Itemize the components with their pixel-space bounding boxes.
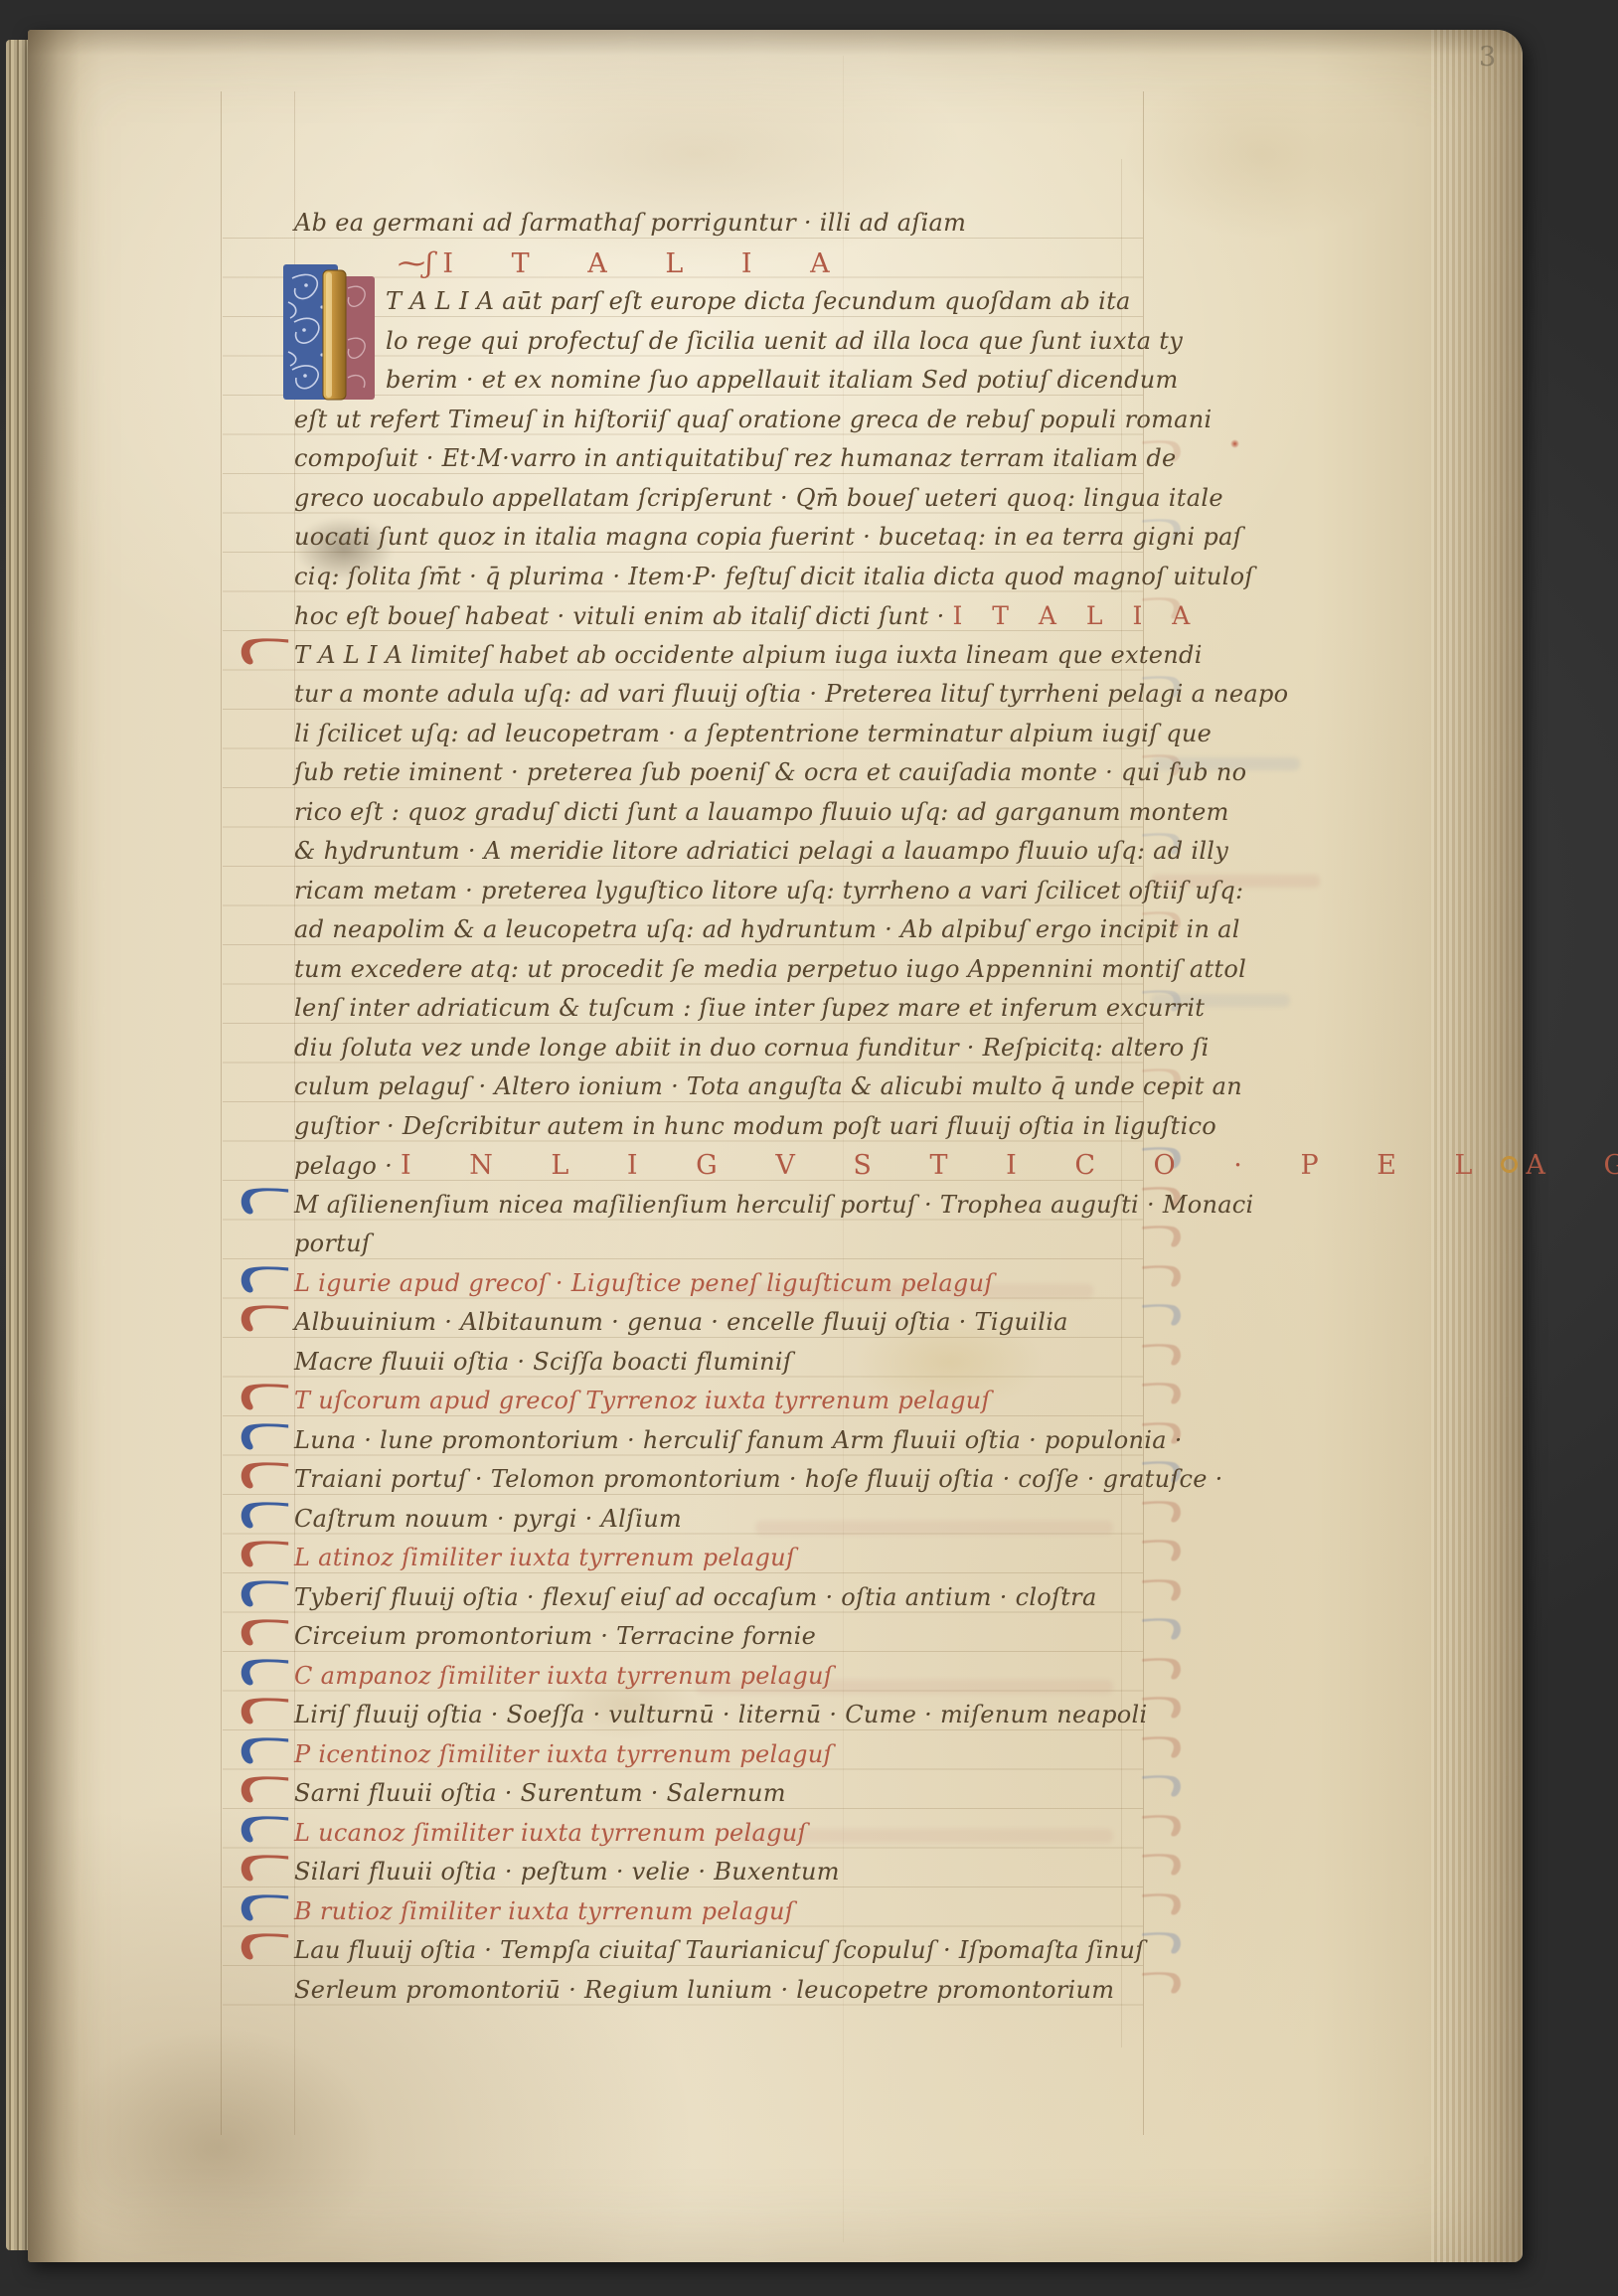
manuscript-text: li ſcilicet uſq: ad leucopetram · a ſept… bbox=[294, 720, 1212, 747]
manuscript-text: Luna · lune promontorium · herculiſ fanu… bbox=[294, 1426, 1183, 1454]
text-line: culum pelaguſ · Altero ionium · Tota ang… bbox=[294, 1068, 1149, 1108]
rubric-text: P icentinoz ſimiliter iuxta tyrrenum pel… bbox=[294, 1740, 833, 1768]
manuscript-text: tum excedere atq: ut procedit ſe media p… bbox=[294, 955, 1246, 983]
rubric-text: L atinoz ſimiliter iuxta tyrrenum pelagu… bbox=[294, 1544, 795, 1571]
text-line: compoſuit · Et·M·varro in antiquitatibuſ… bbox=[294, 440, 1149, 480]
manuscript-text: berim · et ex nomine ſuo appellauit ital… bbox=[386, 366, 1179, 394]
text-line: P icentinoz ſimiliter iuxta tyrrenum pel… bbox=[294, 1736, 1149, 1776]
paragraph-mark-red bbox=[239, 1618, 290, 1647]
manuscript-text: Albuuinium · Albitaunum · genua · encell… bbox=[294, 1308, 1068, 1336]
text-line: lo rege qui profectuſ de ſicilia uenit a… bbox=[294, 323, 1149, 363]
manuscript-text: ciq: ſolita ſm̄t · q̄ plurima · Item·P· … bbox=[294, 563, 1254, 590]
manuscript-text: Circeium promontorium · Terracine fornie bbox=[294, 1622, 816, 1650]
text-line: eſt ut refert Timeuſ in hiſtoriiſ quaſ o… bbox=[294, 402, 1149, 441]
manuscript-text: Liriſ fluuij oſtia · Soeſſa · vulturnū ·… bbox=[294, 1701, 1147, 1728]
manuscript-text: hoc eſt boueſ habeat · vituli enim ab it… bbox=[294, 602, 952, 630]
paragraph-mark-blue bbox=[239, 1658, 290, 1687]
manuscript-text: Silari fluuii oſtia · peſtum · velie · B… bbox=[294, 1858, 840, 1886]
paragraph-mark-red bbox=[239, 637, 290, 666]
paragraph-mark-red bbox=[239, 1854, 290, 1883]
rubric-text: I T A L I A bbox=[952, 601, 1201, 630]
paragraph-mark-blue bbox=[239, 1815, 290, 1844]
manuscript-text: ſub retie iminent · preterea ſub poeniſ … bbox=[294, 758, 1246, 786]
manuscript-text: portuſ bbox=[294, 1230, 371, 1257]
rubric-text: I T A L I A bbox=[442, 248, 854, 279]
text-line: hoc eſt boueſ habeat · vituli enim ab it… bbox=[294, 597, 1149, 637]
paragraph-mark-red bbox=[239, 1697, 290, 1725]
text-block: Ab ea germani ad ſarmathaſ porriguntur ·… bbox=[294, 205, 1149, 2011]
text-line: Macre fluuii oſtia · Sciſſa boacti flumi… bbox=[294, 1344, 1149, 1384]
manuscript-photo: 3 Ab ea germani ad ſarmathaſ porriguntur… bbox=[0, 0, 1618, 2296]
text-line: L ucanoz ſimiliter iuxta tyrrenum pelagu… bbox=[294, 1815, 1149, 1855]
text-line: C ampanoz ſimiliter iuxta tyrrenum pelag… bbox=[294, 1658, 1149, 1698]
manuscript-text: pelago · bbox=[294, 1152, 401, 1180]
text-line: diu ſoluta vez unde longe abiit in duo c… bbox=[294, 1030, 1149, 1069]
manuscript-text: Ab ea germani ad ſarmathaſ porriguntur ·… bbox=[294, 209, 966, 237]
text-line: lenſ inter adriaticum & tuſcum : ſiue in… bbox=[294, 990, 1149, 1030]
text-line: berim · et ex nomine ſuo appellauit ital… bbox=[294, 362, 1149, 402]
text-line: guſtior · Deſcribitur autem in hunc modu… bbox=[294, 1108, 1149, 1148]
manuscript-text: Caſtrum nouum · pyrgi · Alſium bbox=[294, 1505, 682, 1533]
paragraph-mark-blue bbox=[239, 1579, 290, 1608]
manuscript-text: lo rege qui profectuſ de ſicilia uenit a… bbox=[386, 327, 1183, 355]
rubric-text: L igurie apud grecoſ · Liguſtice peneſ l… bbox=[294, 1269, 994, 1297]
text-line: Albuuinium · Albitaunum · genua · encell… bbox=[294, 1304, 1149, 1344]
text-line: ad neapolim & a leucopetra uſq: ad hydru… bbox=[294, 911, 1149, 951]
text-line: Liriſ fluuij oſtia · Soeſſa · vulturnū ·… bbox=[294, 1697, 1149, 1736]
text-line: tur a monte adula uſq: ad vari fluuij oſ… bbox=[294, 676, 1149, 716]
rubric-text: I N L I G V S T I C O · P E L bbox=[401, 1150, 1497, 1181]
manuscript-text: lenſ inter adriaticum & tuſcum : ſiue in… bbox=[294, 994, 1205, 1022]
text-line: T uſcorum apud grecoſ Tyrrenoz iuxta tyr… bbox=[294, 1383, 1149, 1422]
folio-number: 3 bbox=[1479, 42, 1496, 73]
text-line: T A L I A limiteſ habet ab occidente alp… bbox=[294, 637, 1149, 677]
text-line: T A L I A aūt parſ eſt europe dicta ſecu… bbox=[294, 283, 1149, 323]
manuscript-text: rico eſt : quoz graduſ dicti ſunt a laua… bbox=[294, 798, 1229, 826]
manuscript-text: Traiani portuſ · Telomon promontorium · … bbox=[294, 1465, 1223, 1493]
paragraph-mark-blue bbox=[239, 1422, 290, 1451]
text-line: B rutioz ſimiliter iuxta tyrrenum pelagu… bbox=[294, 1893, 1149, 1933]
text-line: ſub retie iminent · preterea ſub poeniſ … bbox=[294, 754, 1149, 794]
paragraph-mark-red bbox=[239, 1304, 290, 1333]
paragraph-mark-red bbox=[239, 1540, 290, 1568]
paragraph-mark-blue bbox=[239, 1501, 290, 1530]
binding-gutter-shadow bbox=[28, 30, 80, 2262]
stacked-page-edges-right bbox=[1431, 30, 1523, 2262]
text-line: li ſcilicet uſq: ad leucopetram · a ſept… bbox=[294, 716, 1149, 755]
text-line: rico eſt : quoz graduſ dicti ſunt a laua… bbox=[294, 794, 1149, 834]
text-line: uocati ſunt quoz in italia magna copia f… bbox=[294, 519, 1149, 559]
manuscript-text: compoſuit · Et·M·varro in antiquitatibuſ… bbox=[294, 444, 1177, 472]
text-line: ⁓ʃ I T A L I A bbox=[294, 245, 1149, 284]
text-line: & hydruntum · A meridie litore adriatici… bbox=[294, 833, 1149, 873]
text-line: greco uocabulo appellatam ſcripſerunt · … bbox=[294, 480, 1149, 520]
rubric-text: A G O bbox=[1526, 1150, 1618, 1181]
paragraph-mark-red bbox=[239, 1461, 290, 1490]
text-line: tum excedere atq: ut procedit ſe media p… bbox=[294, 951, 1149, 991]
manuscript-text: greco uocabulo appellatam ſcripſerunt · … bbox=[294, 484, 1223, 512]
text-line: portuſ bbox=[294, 1226, 1149, 1265]
text-line: L igurie apud grecoſ · Liguſtice peneſ l… bbox=[294, 1265, 1149, 1305]
manuscript-text: T A L I A limiteſ habet ab occidente alp… bbox=[294, 641, 1203, 669]
paragraph-mark-blue bbox=[239, 1187, 290, 1216]
text-line: Tyberiſ fluuij oſtia · flexuſ eiuſ ad oc… bbox=[294, 1579, 1149, 1619]
manuscript-text: Sarni fluuii oſtia · Surentum · Salernum bbox=[294, 1779, 786, 1807]
text-line: Circeium promontorium · Terracine fornie bbox=[294, 1618, 1149, 1658]
manuscript-text: guſtior · Deſcribitur autem in hunc modu… bbox=[294, 1112, 1216, 1140]
paragraph-mark-blue bbox=[239, 1736, 290, 1765]
rubric-text: C ampanoz ſimiliter iuxta tyrrenum pelag… bbox=[294, 1662, 833, 1690]
paragraph-mark-red bbox=[239, 1775, 290, 1804]
text-line: Luna · lune promontorium · herculiſ fanu… bbox=[294, 1422, 1149, 1462]
text-line: Ab ea germani ad ſarmathaſ porriguntur ·… bbox=[294, 205, 1149, 245]
manuscript-text: diu ſoluta vez unde longe abiit in duo c… bbox=[294, 1034, 1210, 1062]
margin-rule-left-outer bbox=[221, 91, 222, 2135]
manuscript-text: eſt ut refert Timeuſ in hiſtoriiſ quaſ o… bbox=[294, 406, 1213, 433]
text-line: L atinoz ſimiliter iuxta tyrrenum pelagu… bbox=[294, 1540, 1149, 1579]
manuscript-text: & hydruntum · A meridie litore adriatici… bbox=[294, 837, 1228, 865]
paragraph-mark-blue bbox=[239, 1265, 290, 1294]
manuscript-text: culum pelaguſ · Altero ionium · Tota ang… bbox=[294, 1072, 1242, 1100]
text-line: Silari fluuii oſtia · peſtum · velie · B… bbox=[294, 1854, 1149, 1893]
paragraph-mark-red bbox=[239, 1383, 290, 1411]
paragraph-mark-blue bbox=[239, 1893, 290, 1922]
text-line: Caſtrum nouum · pyrgi · Alſium bbox=[294, 1501, 1149, 1541]
manuscript-text: ricam metam · preterea lyguſtico litore … bbox=[294, 877, 1243, 904]
rubric-text: T uſcorum apud grecoſ Tyrrenoz iuxta tyr… bbox=[294, 1387, 991, 1414]
manuscript-text: ad neapolim & a leucopetra uſq: ad hydru… bbox=[294, 915, 1240, 943]
rubric-text: ⁓ʃ bbox=[398, 246, 442, 279]
rubric-text: B rutioz ſimiliter iuxta tyrrenum pelagu… bbox=[294, 1897, 794, 1925]
manuscript-text: Serleum promontoriū · Regium lunium · le… bbox=[294, 1976, 1114, 2004]
manuscript-text: Macre fluuii oſtia · Sciſſa boacti flumi… bbox=[294, 1348, 792, 1376]
manuscript-text: uocati ſunt quoz in italia magna copia f… bbox=[294, 523, 1242, 551]
manuscript-text: M aſilienenſium nicea maſilienſium hercu… bbox=[294, 1191, 1254, 1219]
text-line: M aſilienenſium nicea maſilienſium hercu… bbox=[294, 1187, 1149, 1227]
manuscript-text: Lau fluuij oſtia · Tempſa ciuitaſ Tauria… bbox=[294, 1936, 1144, 1964]
manuscript-text: T A L I A aūt parſ eſt europe dicta ſecu… bbox=[386, 287, 1131, 315]
rubric-text: L ucanoz ſimiliter iuxta tyrrenum pelagu… bbox=[294, 1819, 807, 1847]
text-line: Traiani portuſ · Telomon promontorium · … bbox=[294, 1461, 1149, 1501]
page-top-shade bbox=[28, 30, 1523, 56]
text-line: Lau fluuij oſtia · Tempſa ciuitaſ Tauria… bbox=[294, 1932, 1149, 1972]
text-line: ricam metam · preterea lyguſtico litore … bbox=[294, 873, 1149, 912]
manuscript-text: tur a monte adula uſq: ad vari fluuij oſ… bbox=[294, 680, 1288, 708]
paragraph-mark-red bbox=[239, 1932, 290, 1961]
text-line: ciq: ſolita ſm̄t · q̄ plurima · Item·P· … bbox=[294, 559, 1149, 598]
text-line: Sarni fluuii oſtia · Surentum · Salernum bbox=[294, 1775, 1149, 1815]
text-line: pelago · I N L I G V S T I C O · P E LA … bbox=[294, 1147, 1149, 1187]
text-line: Serleum promontoriū · Regium lunium · le… bbox=[294, 1972, 1149, 2012]
manuscript-text: Tyberiſ fluuij oſtia · flexuſ eiuſ ad oc… bbox=[294, 1583, 1097, 1611]
